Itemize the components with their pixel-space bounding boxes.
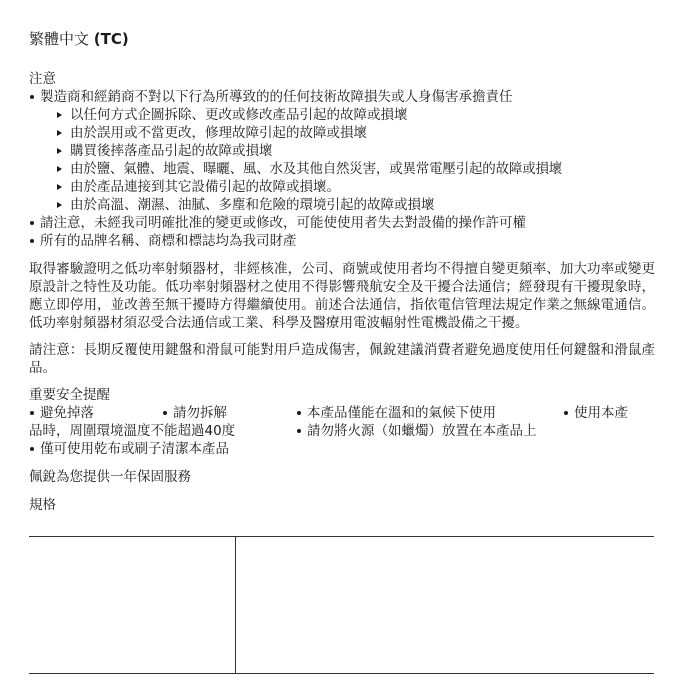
language-name: 繁體中文 (29, 30, 89, 48)
notice-item-text: 製造商和經銷商不對以下行為所導致的的任何技術故障損失或人身傷害承擔責任 (40, 89, 513, 105)
liability-subitem: 由於產品連接到其它設備引起的故障或損壞。 (57, 178, 655, 196)
notice-item-trademarks: 所有的品牌名稱、商標和標誌均為我司財產 (29, 232, 655, 250)
liability-subitem: 由於誤用或不當更改，修理故障引起的故障或損壞 (57, 124, 655, 142)
rf-compliance-paragraph: 取得審驗證明之低功率射頻器材，非經核准，公司、商號或使用者均不得擅自變更頻率、加… (29, 260, 655, 332)
language-title: 繁體中文 (TC) (29, 28, 655, 50)
safety-heading: 重要安全提醒 (29, 386, 655, 404)
notice-list: 製造商和經銷商不對以下行為所導致的的任何技術故障損失或人身傷害承擔責任 以任何方… (29, 88, 655, 250)
specs-value-column (236, 537, 654, 673)
notice-item-liability: 製造商和經銷商不對以下行為所導致的的任何技術故障損失或人身傷害承擔責任 以任何方… (29, 88, 655, 214)
liability-subitem: 由於鹽、氣體、地震、曝曬、風、水及其他自然災害，或異常電壓引起的故障或損壞 (57, 160, 655, 178)
notice-heading: 注意 (29, 70, 655, 88)
health-warning-paragraph: 請注意：長期反覆使用鍵盤和滑鼠可能對用戶造成傷害，佩銳建議消費者避免過度使用任何… (29, 341, 655, 377)
liability-subitem: 以任何方式企圖拆除、更改或修改產品引起的故障或損壞 (57, 106, 655, 124)
warranty-text: 佩銳為您提供一年保固服務 (29, 468, 655, 486)
safety-item: 避免掉落 (29, 404, 94, 422)
document-page: 繁體中文 (TC) 注意 製造商和經銷商不對以下行為所導致的的任何技術故障損失或… (29, 28, 655, 514)
language-code: (TC) (94, 30, 129, 48)
liability-subitem: 由於高溫、潮濕、油膩、多塵和危險的環境引起的故障或損壞 (57, 196, 655, 214)
safety-item: 使用本產 (563, 404, 628, 422)
specs-table (29, 536, 654, 674)
liability-sublist: 以任何方式企圖拆除、更改或修改產品引起的故障或損壞 由於誤用或不當更改，修理故障… (40, 106, 655, 214)
safety-item: 請勿將火源（如蠟燭）放置在本產品上 (296, 422, 537, 440)
safety-list: 避免掉落 請勿拆解 本產品僅能在溫和的氣候下使用 使用本產 品時，周圍環境溫度不… (29, 404, 655, 458)
safety-item: 請勿拆解 (162, 404, 227, 422)
liability-subitem: 購買後摔落產品引起的故障或損壞 (57, 142, 655, 160)
safety-item-continued: 品時，周圍環境溫度不能超過40度 (29, 422, 235, 440)
safety-item: 本產品僅能在溫和的氣候下使用 (296, 404, 496, 422)
specs-label-column (29, 537, 236, 673)
specs-heading: 規格 (29, 496, 655, 514)
safety-item: 僅可使用乾布或刷子清潔本產品 (29, 440, 229, 458)
notice-item-modification: 請注意，未經我司明確批准的變更或修改，可能使使用者失去對設備的操作許可權 (29, 214, 655, 232)
